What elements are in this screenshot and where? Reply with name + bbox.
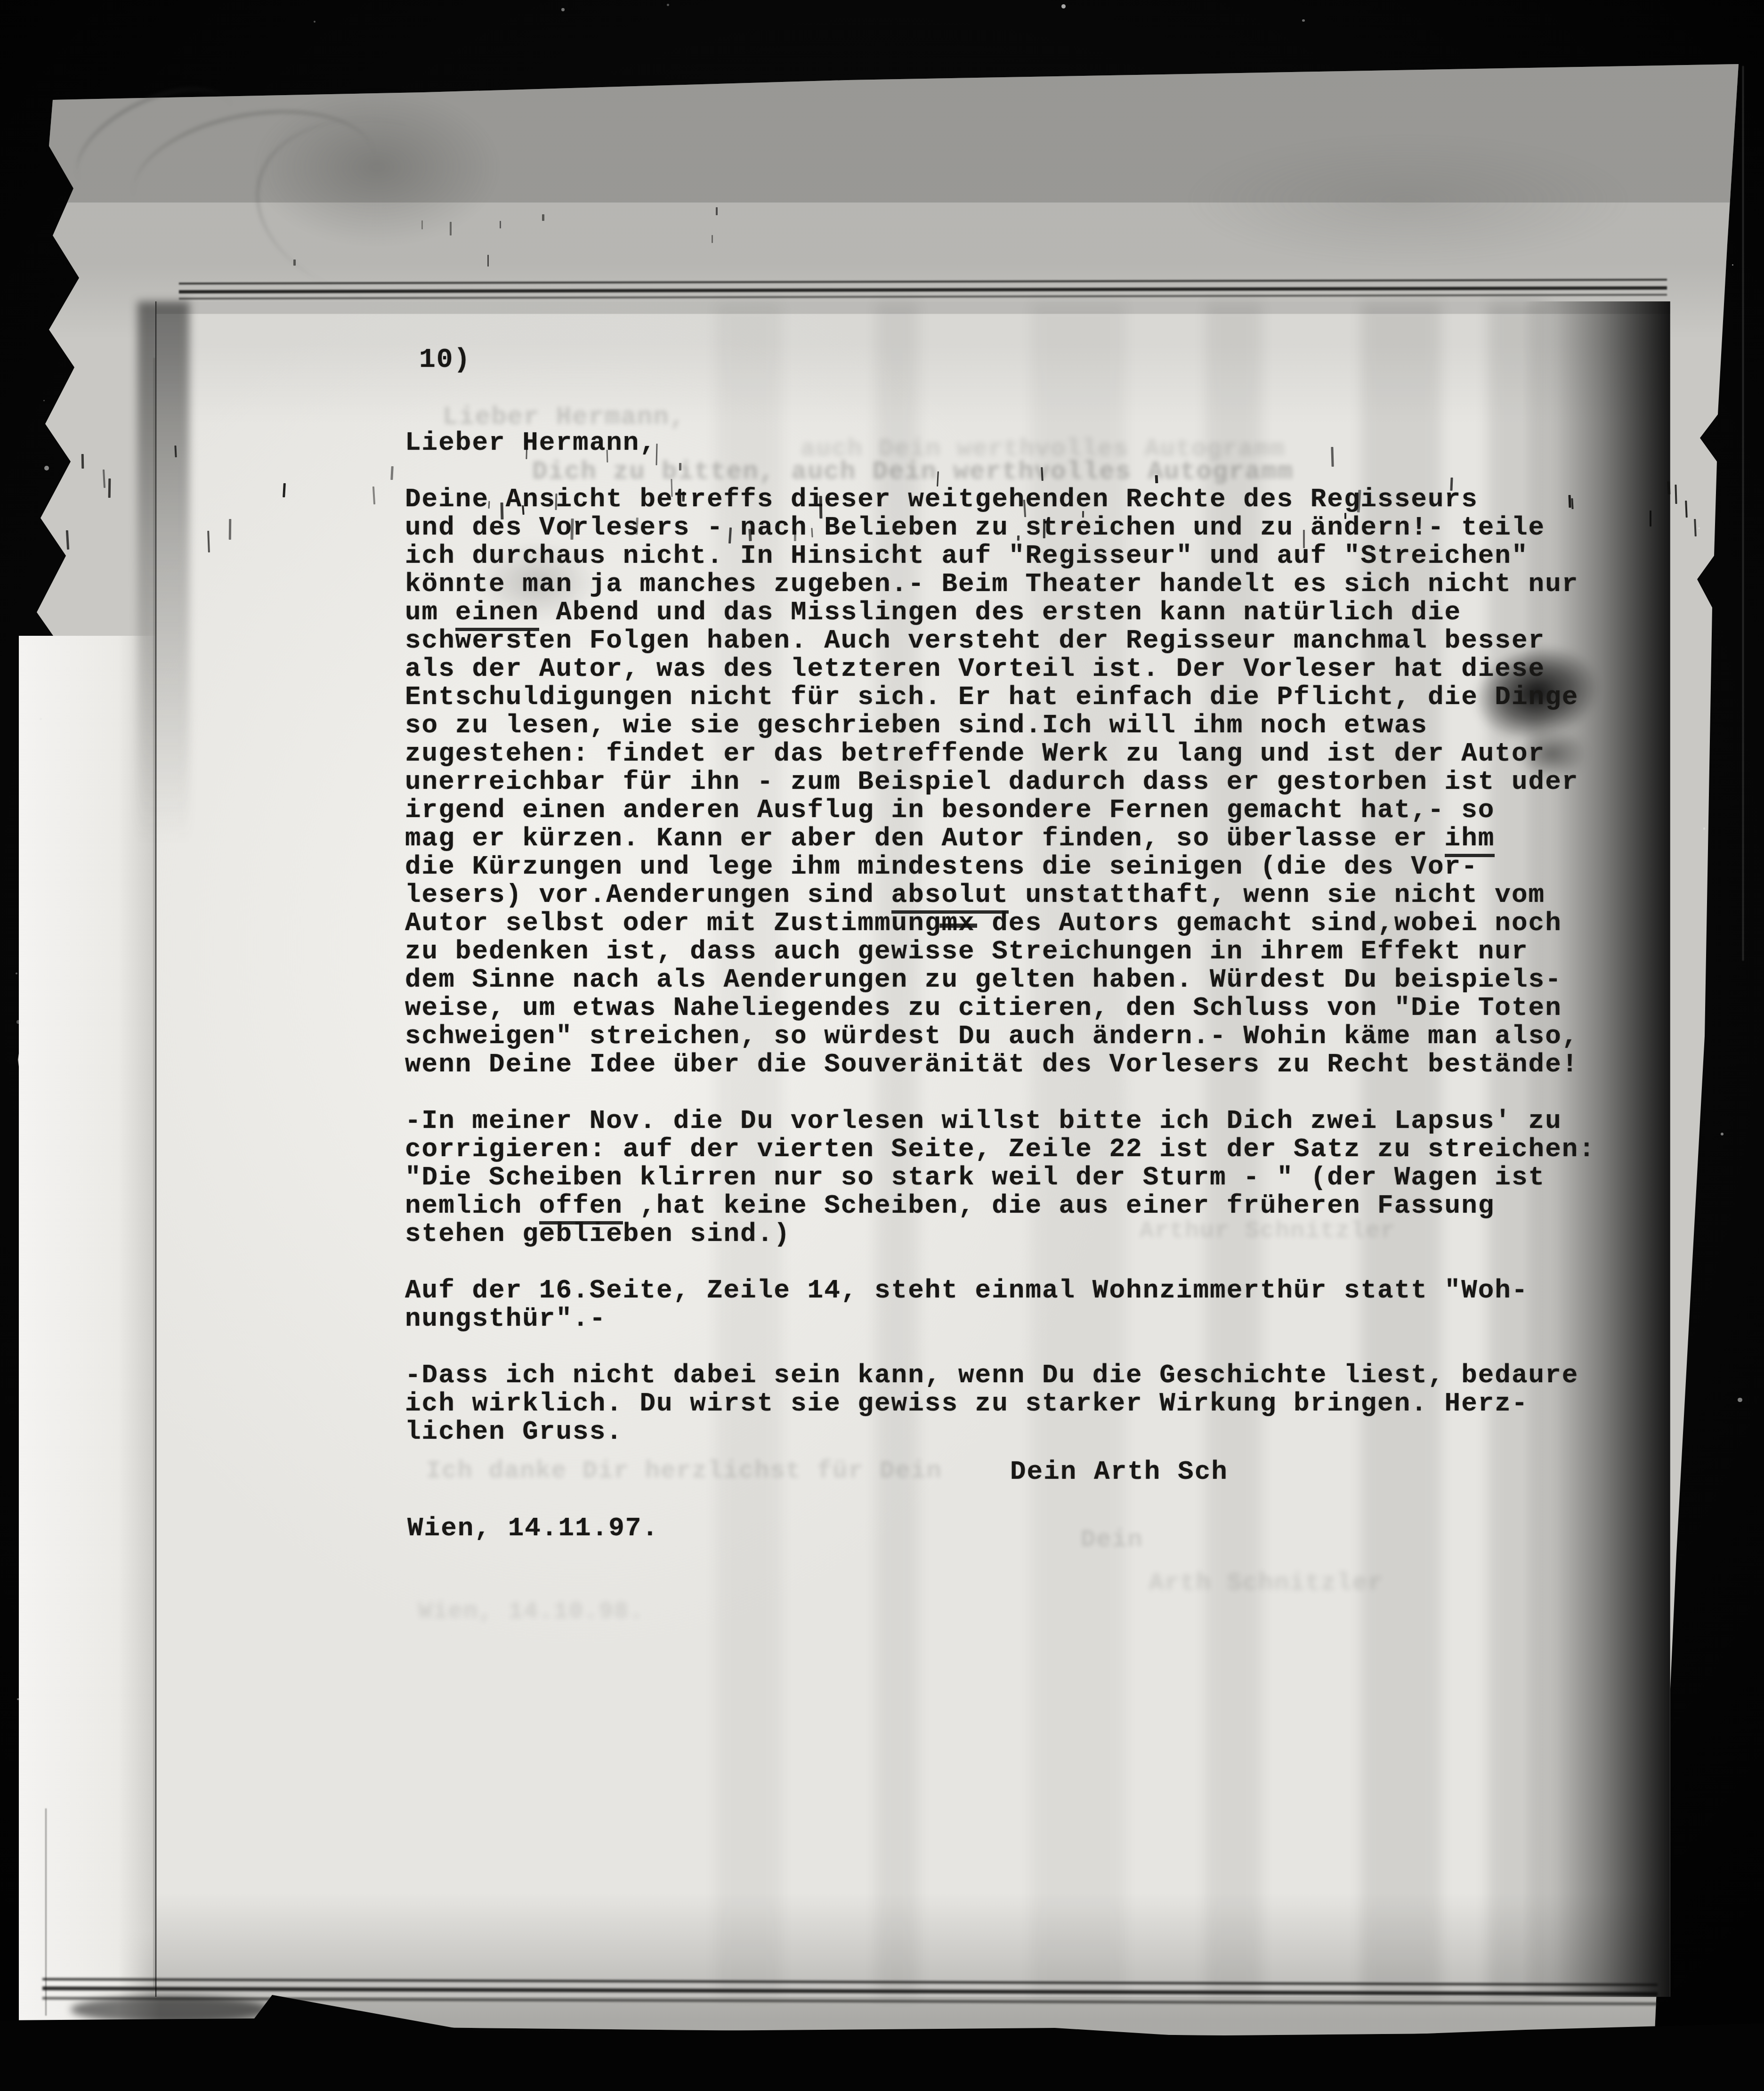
paper-stain-patch xyxy=(254,89,499,245)
page-left-fold-shadow xyxy=(138,301,189,843)
paper-stain-patch xyxy=(1187,137,1629,264)
salutation: Lieber Hermann, xyxy=(405,429,1639,457)
dateline: Wien, 14.11.97. xyxy=(407,1514,1639,1542)
paragraph-1: Deine Ansicht betreffs dieser weitgehend… xyxy=(405,485,1639,1078)
letter-body: 10) Lieber Hermann, Deine Ansicht betref… xyxy=(405,325,1639,1542)
letter-paragraphs: Deine Ansicht betreffs dieser weitgehend… xyxy=(405,485,1639,1446)
page-number: 10) xyxy=(419,346,1639,374)
paragraph-3: Auf der 16.Seite, Zeile 14, steht einmal… xyxy=(405,1276,1639,1333)
page-left-edge-line xyxy=(154,358,155,1987)
page-top-edge-ridge xyxy=(179,279,1667,305)
film-frame: Lieber Hermann, Dich zu bitten, auch Dei… xyxy=(0,0,1764,2091)
paragraph-2: -In meiner Nov. die Du vorlesen willst b… xyxy=(405,1107,1639,1248)
ghost-text-wien-date: Wien, 14.10.98. xyxy=(418,1598,644,1625)
backing-left-margin xyxy=(19,636,160,2025)
paragraph-4: -Dass ich nicht dabei sein kann, wenn Du… xyxy=(405,1361,1639,1446)
signature: Dein Arth Sch xyxy=(1010,1458,1639,1486)
film-edge-line xyxy=(1742,66,1744,961)
ghost-text-arth-schnitzler: Arth Schnitzler xyxy=(1149,1569,1384,1597)
